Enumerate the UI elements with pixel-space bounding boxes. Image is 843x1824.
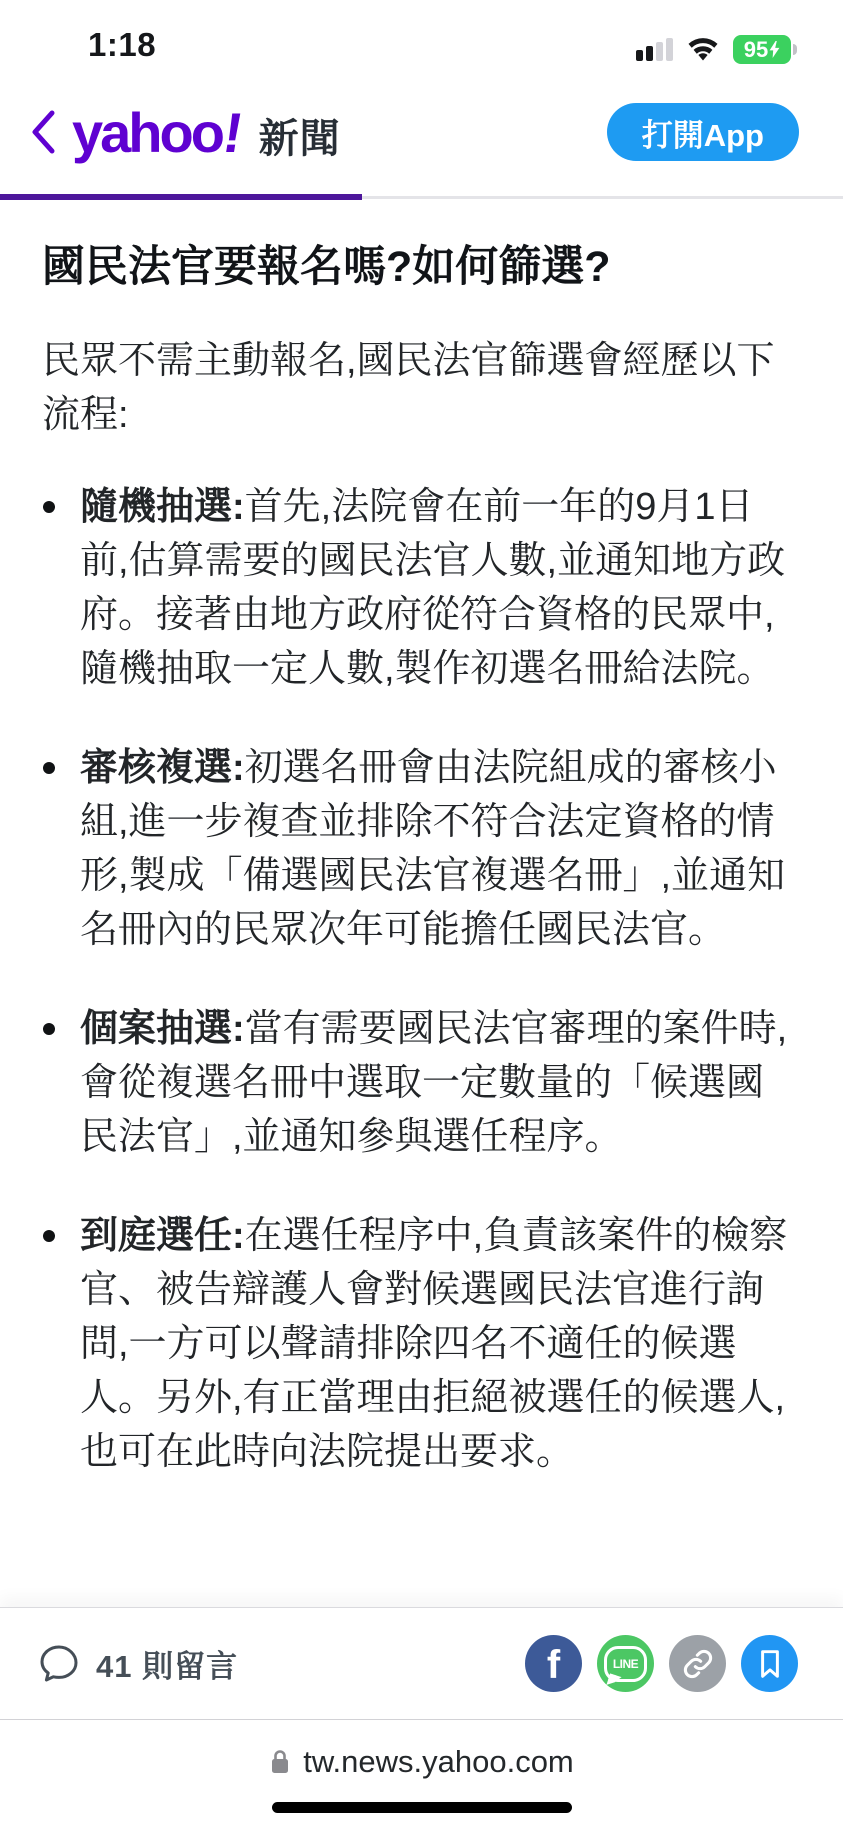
charging-bolt-icon xyxy=(769,41,780,58)
list-item: 審核複選:初選名冊會由法院組成的審核小組,進一步複查並排除不符合法定資格的情形,… xyxy=(42,741,801,957)
bullet-lead: 審核複選: xyxy=(80,747,245,789)
comment-bubble-icon xyxy=(38,1644,80,1684)
article: 國民法官要報名嗎?如何篩選? 民眾不需主動報名,國民法官篩選會經歷以下流程: 隨… xyxy=(0,200,843,1607)
news-section-label: 新聞 xyxy=(259,107,341,164)
yahoo-exclamation: ! xyxy=(219,100,248,165)
address-button[interactable]: tw.news.yahoo.com xyxy=(269,1744,574,1780)
battery-icon: 95 xyxy=(733,35,797,64)
share-buttons: f LINE xyxy=(525,1635,798,1692)
article-title: 國民法官要報名嗎?如何篩選? xyxy=(42,240,801,294)
bullet-lead: 個案抽選: xyxy=(80,1008,245,1050)
yahoo-news-logo[interactable]: yahoo ! 新聞 xyxy=(72,100,341,165)
selection-process-list: 隨機抽選:首先,法院會在前一年的9月1日前,估算需要的國民法官人數,並通知地方政… xyxy=(42,480,801,1479)
facebook-icon: f xyxy=(547,1643,560,1688)
time-label: 1:18 xyxy=(88,26,156,64)
battery-percent-label: 95 xyxy=(744,37,768,63)
list-item: 隨機抽選:首先,法院會在前一年的9月1日前,估算需要的國民法官人數,並通知地方政… xyxy=(42,480,801,696)
comments-button[interactable]: 41 則留言 xyxy=(38,1641,238,1686)
yahoo-wordmark: yahoo xyxy=(72,100,222,165)
link-icon xyxy=(682,1648,714,1680)
lock-icon xyxy=(269,1747,291,1777)
comments-count-label: 41 則留言 xyxy=(96,1641,238,1686)
list-item: 到庭選任:在選任程序中,負責該案件的檢察官、被告辯護人會對候選國民法官進行詢問,… xyxy=(42,1209,801,1479)
comment-bar: 41 則留言 f LINE xyxy=(0,1607,843,1719)
url-bar: tw.news.yahoo.com xyxy=(0,1719,843,1824)
status-bar: 1:18 95 xyxy=(0,0,843,70)
line-share-button[interactable]: LINE xyxy=(597,1635,654,1692)
open-app-button[interactable]: 打開App xyxy=(607,103,799,161)
list-item: 個案抽選:當有需要國民法官審理的案件時,會從複選名冊中選取一定數量的「候選國民法… xyxy=(42,1002,801,1164)
bookmark-button[interactable] xyxy=(741,1635,798,1692)
wifi-icon xyxy=(686,37,720,63)
active-tab-indicator xyxy=(0,194,362,200)
copy-link-button[interactable] xyxy=(669,1635,726,1692)
cellular-signal-icon xyxy=(636,38,673,61)
back-button[interactable] xyxy=(30,108,56,156)
header-divider xyxy=(0,194,843,200)
header: yahoo ! 新聞 打開App xyxy=(0,70,843,194)
back-chevron-icon xyxy=(30,108,56,156)
line-icon: LINE xyxy=(604,1646,647,1682)
status-icons: 95 xyxy=(636,35,797,64)
home-indicator[interactable] xyxy=(272,1802,572,1813)
article-intro: 民眾不需主動報名,國民法官篩選會經歷以下流程: xyxy=(42,334,801,442)
facebook-share-button[interactable]: f xyxy=(525,1635,582,1692)
url-label: tw.news.yahoo.com xyxy=(303,1744,574,1780)
bullet-lead: 到庭選任: xyxy=(80,1215,245,1257)
bullet-lead: 隨機抽選: xyxy=(80,486,245,528)
bookmark-icon xyxy=(755,1648,785,1680)
